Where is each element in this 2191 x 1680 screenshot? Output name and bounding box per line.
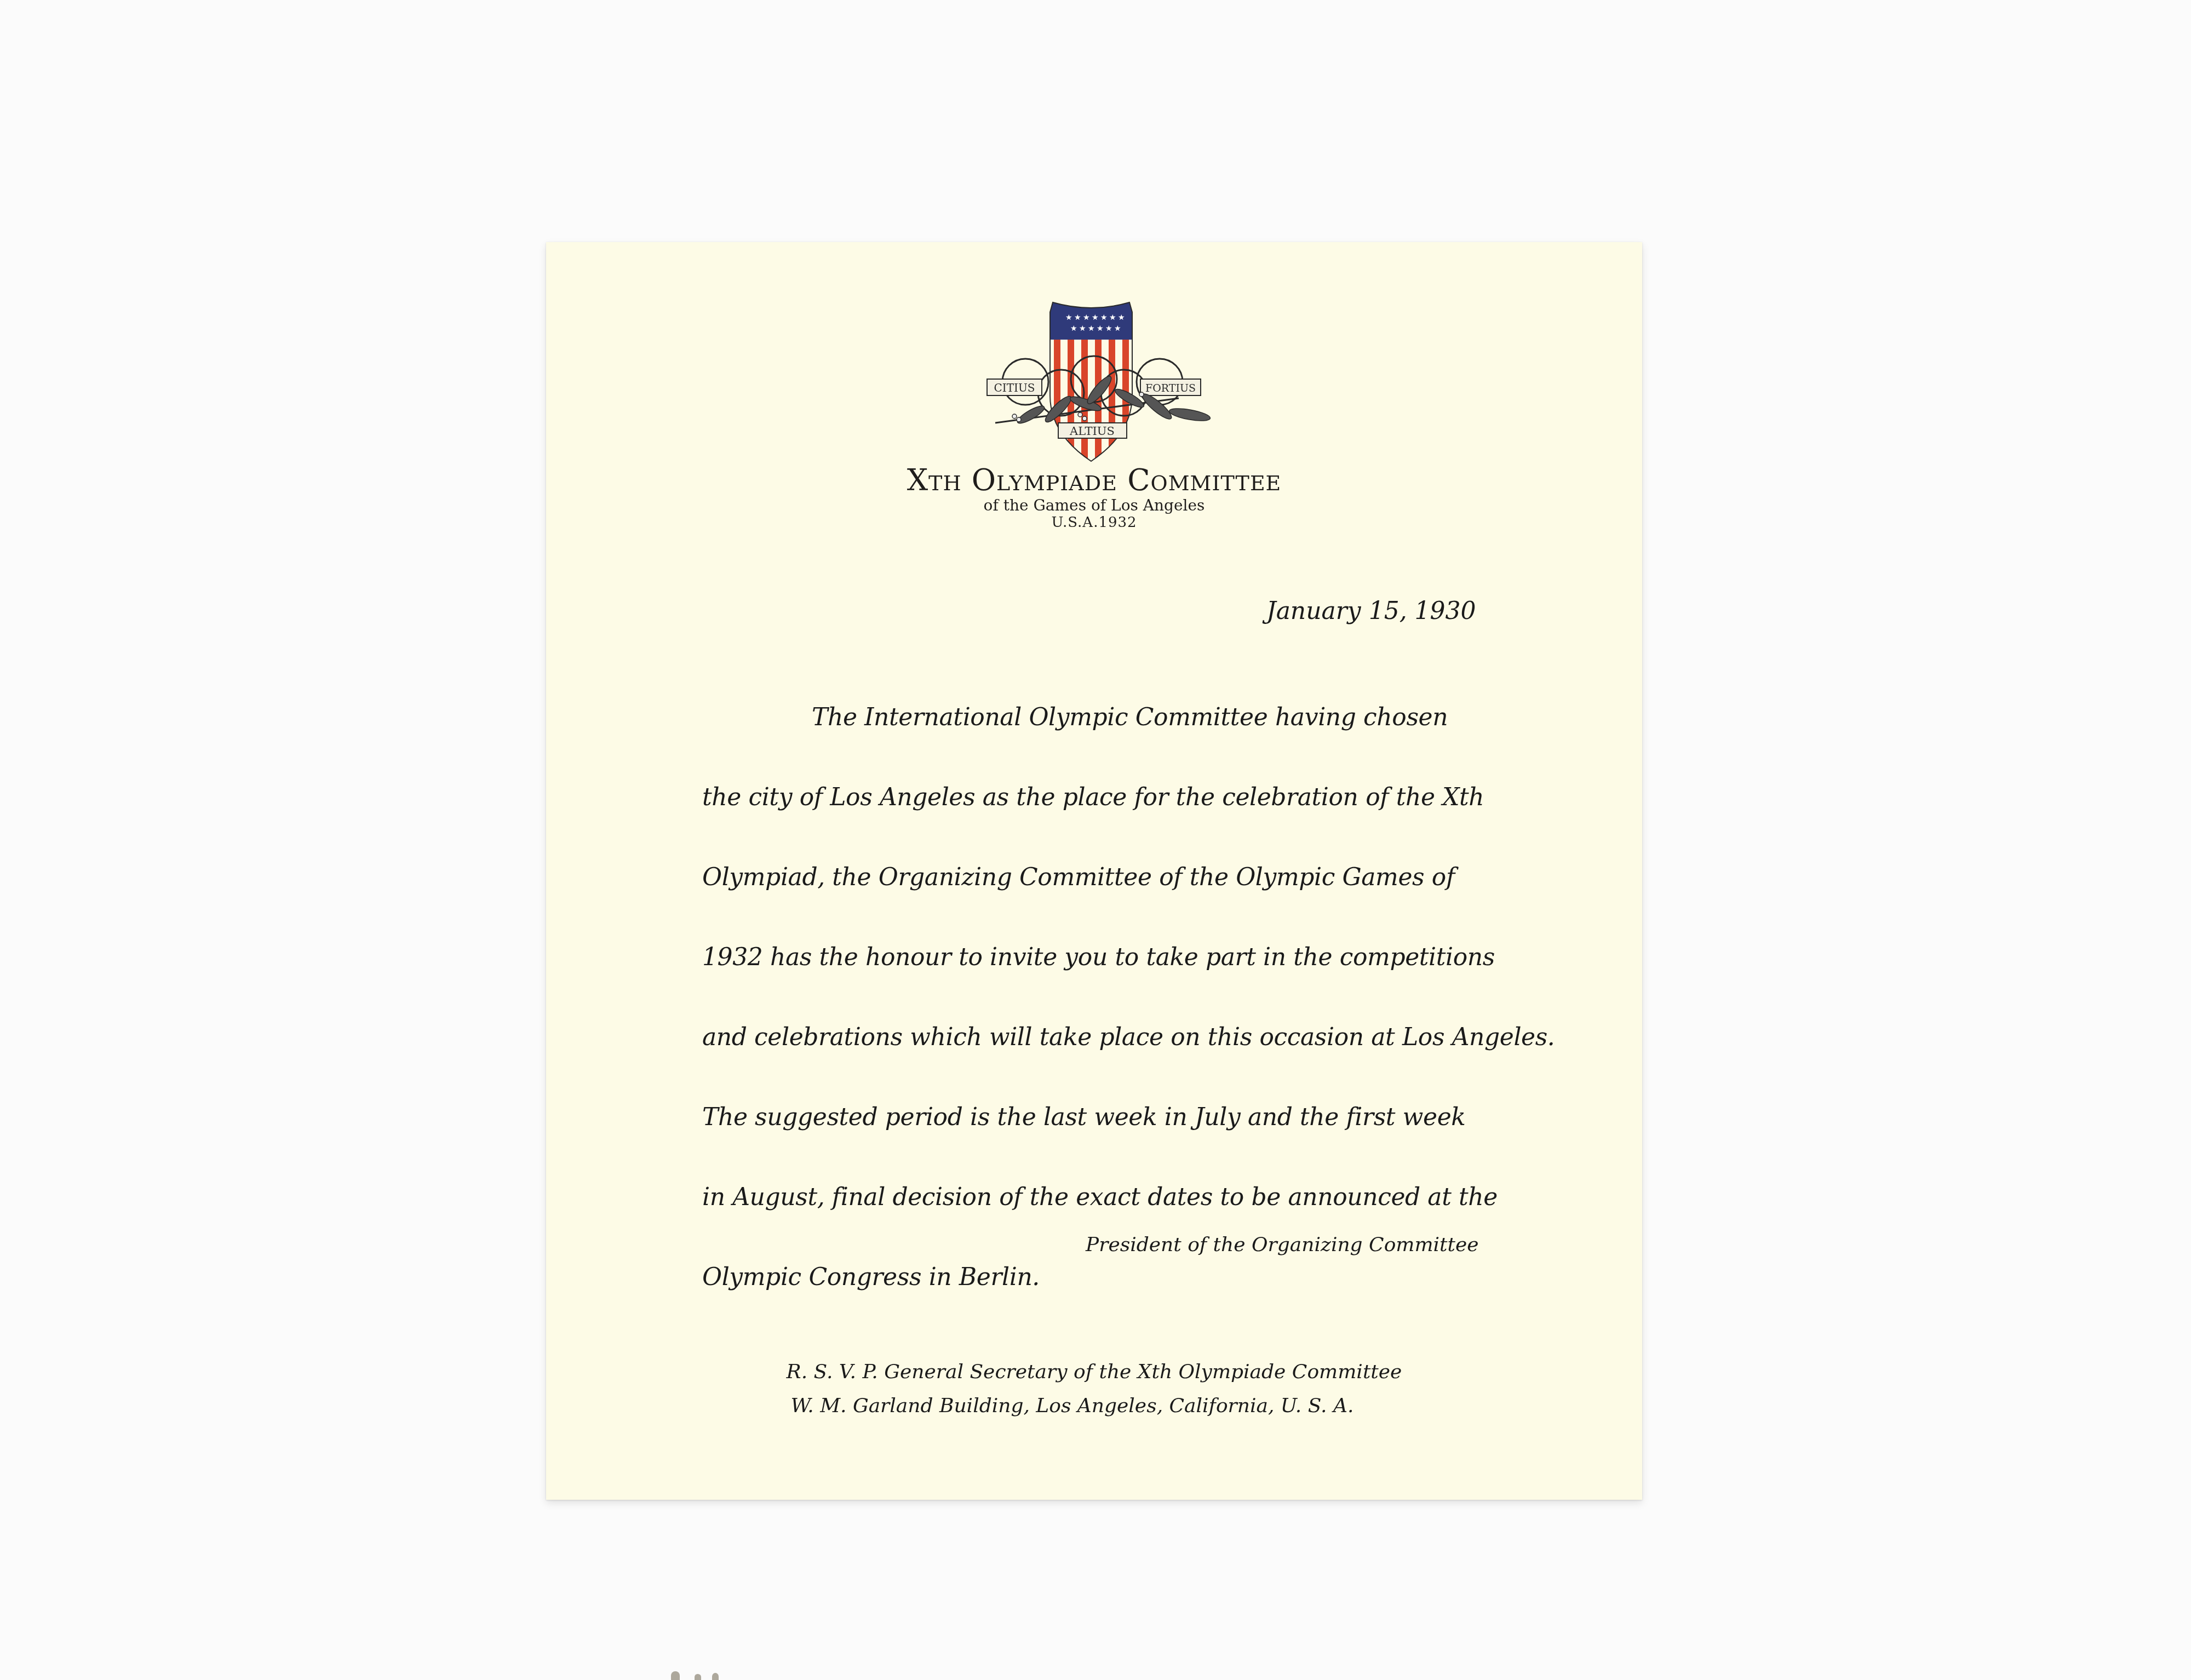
body-line: The International Olympic Committee havi… bbox=[702, 701, 1469, 781]
svg-text:★: ★ bbox=[1083, 313, 1090, 322]
object-edge bbox=[663, 1670, 723, 1680]
body-line: 1932 has the honour to invite you to tak… bbox=[702, 941, 1469, 1021]
body-line: Olympic Congress in Berlin. bbox=[702, 1261, 1469, 1341]
body-line: Olympiad, the Organizing Committee of th… bbox=[702, 861, 1469, 941]
letterhead: Xth Olympiade Committee of the Games of … bbox=[546, 464, 1642, 531]
svg-text:★: ★ bbox=[1065, 313, 1072, 322]
svg-text:★: ★ bbox=[1079, 324, 1086, 333]
rsvp-line-1: R. S. V. P. General Secretary of the Xth… bbox=[546, 1355, 1642, 1389]
svg-text:ALTIUS: ALTIUS bbox=[1069, 425, 1115, 438]
svg-text:★: ★ bbox=[1092, 313, 1099, 322]
olympic-shield-crest-icon: ★★★★★★★★★★★★★ CITIUS FORTIUS ALTIUS bbox=[949, 297, 1234, 464]
invitation-letter: ★★★★★★★★★★★★★ CITIUS FORTIUS ALTIUS bbox=[546, 242, 1642, 1500]
rsvp-address: W. M. Garland Building, Los Angeles, Cal… bbox=[502, 1389, 1642, 1423]
svg-text:FORTIUS: FORTIUS bbox=[1145, 382, 1196, 394]
svg-text:★: ★ bbox=[1088, 324, 1095, 333]
svg-text:★: ★ bbox=[1105, 324, 1112, 333]
location-year: U.S.A.1932 bbox=[546, 514, 1642, 531]
svg-text:CITIUS: CITIUS bbox=[994, 381, 1035, 394]
letter-date: January 15, 1930 bbox=[1266, 597, 1476, 625]
committee-subtitle: of the Games of Los Angeles bbox=[546, 497, 1642, 514]
svg-text:★: ★ bbox=[1074, 313, 1081, 322]
body-line: The suggested period is the last week in… bbox=[702, 1101, 1469, 1181]
svg-text:★: ★ bbox=[1097, 324, 1104, 333]
committee-title: Xth Olympiade Committee bbox=[546, 464, 1642, 497]
body-line: the city of Los Angeles as the place for… bbox=[702, 781, 1469, 861]
svg-text:★: ★ bbox=[1114, 324, 1121, 333]
body-line: and celebrations which will take place o… bbox=[702, 1021, 1469, 1101]
svg-text:★: ★ bbox=[1109, 313, 1116, 322]
signature-title: President of the Organizing Committee bbox=[1086, 1234, 1479, 1256]
svg-text:★: ★ bbox=[1070, 324, 1077, 333]
svg-text:★: ★ bbox=[1118, 313, 1125, 322]
rsvp-block: R. S. V. P. General Secretary of the Xth… bbox=[546, 1355, 1642, 1423]
svg-text:★: ★ bbox=[1100, 313, 1108, 322]
